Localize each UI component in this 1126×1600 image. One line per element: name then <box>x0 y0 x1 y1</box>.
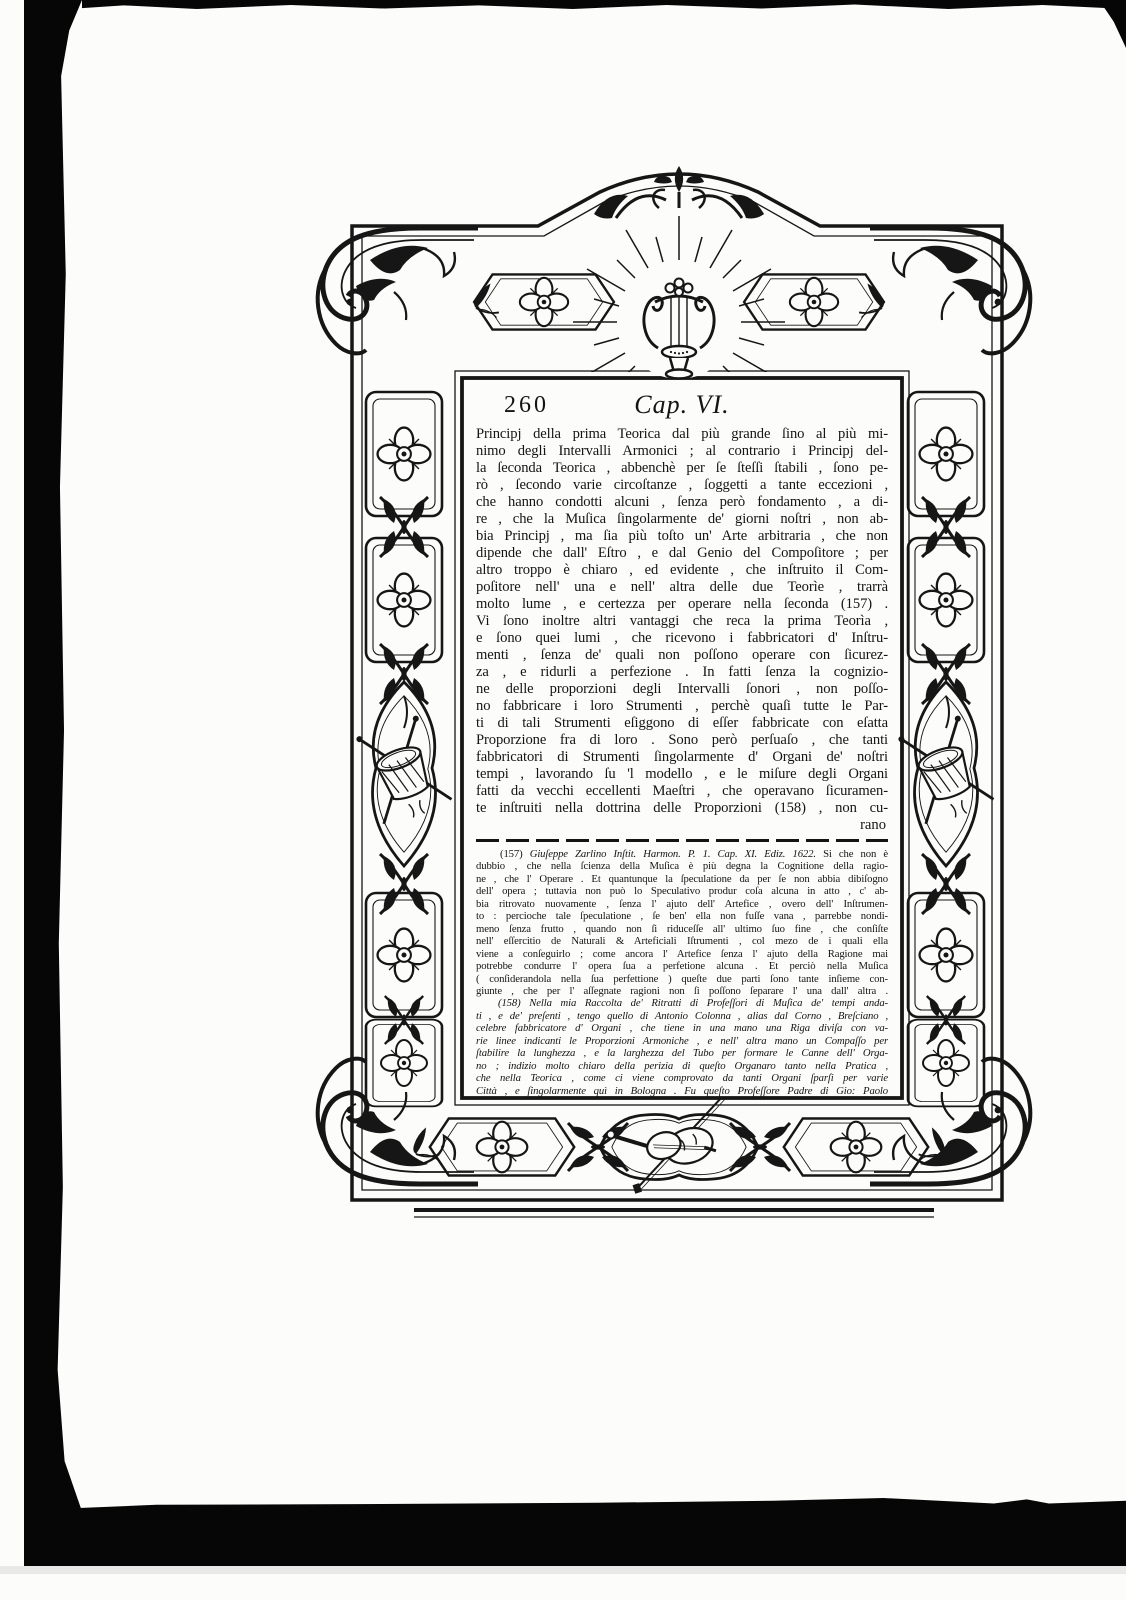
body-text: Principj della prima Teorica dal più gra… <box>476 426 888 817</box>
footnote-separator-rule <box>476 839 888 842</box>
crest-finial <box>594 166 764 219</box>
body-line: te inſtruiti nella dottrina delle Propor… <box>476 800 888 817</box>
body-line: Proporzione fra di loro . Sono però perſ… <box>476 732 888 749</box>
catchword: rano <box>476 817 888 834</box>
body-line: dipende che dall' Eſtro , e dal Genio de… <box>476 545 888 562</box>
book-page-scan: 260 Cap. VI. Principj della prima Teoric… <box>0 0 1126 1600</box>
body-line: ne delle proporzioni degli Intervalli ſo… <box>476 681 888 698</box>
chapter-heading: Cap. VI. <box>476 390 888 420</box>
footnote-158: (158) Nella mia Raccolta de' Ritratti di… <box>476 997 888 1097</box>
footnote-line: bia ritrovato nuovamente , ſenza l' ajut… <box>476 898 888 910</box>
body-line: rò , ſecondo varie circoſtanze , ſoggett… <box>476 477 888 494</box>
body-line: za , e ridurli a perfezione . In fatti ſ… <box>476 664 888 681</box>
footnote-line: dell' opera ; tuttavia non può lo Specul… <box>476 885 888 897</box>
body-line: fabbricatori di Strumenti ſingolarmente … <box>476 749 888 766</box>
footnote-line: nell' eſſercitio de Naturali & Arteficia… <box>476 935 888 947</box>
footnote-line: no ; indizio molto chiaro della perizia … <box>476 1060 888 1072</box>
body-line: nimo degli Intervalli Armonici ; al cont… <box>476 443 888 460</box>
footnote-line: (158) Nella mia Raccolta de' Ritratti di… <box>476 997 888 1009</box>
footnote-line: Città , e ſingolarmente quì in Bologna .… <box>476 1085 888 1097</box>
page-header: 260 Cap. VI. <box>476 390 888 423</box>
right-band-column <box>895 392 995 1106</box>
text-block: 260 Cap. VI. Principj della prima Teoric… <box>462 378 902 1100</box>
footnote-157-first-line: (157) Giuſeppe Zarlino Inſtit. Harmon. P… <box>476 848 888 860</box>
footnote-line: potrebbe condurre l' opera ſua a perfeti… <box>476 960 888 972</box>
body-line: re , che la Muſica ſingolarmente de' gio… <box>476 511 888 528</box>
footnote-line: ( conſiderandola nella ſua perfettione )… <box>476 973 888 985</box>
footnote-line: rie linee indicanti le Proporzioni Armon… <box>476 1035 888 1047</box>
footnote-line: celebre fabbricatore d' Organi , che tie… <box>476 1022 888 1034</box>
footnote-line: ti , e de' preſenti , tengo quello di An… <box>476 1010 888 1022</box>
body-line: molto lume , e certezza per operare nell… <box>476 596 888 613</box>
footnote-line: ſtabilire la lunghezza , e la larghezza … <box>476 1047 888 1059</box>
footnote-line: meno ſenza frutto , quando non ſi riduce… <box>476 923 888 935</box>
corner-scroll-top-right <box>870 228 1030 353</box>
footnote-line: viene a conſeguirlo ; come ancora l' Art… <box>476 948 888 960</box>
body-line: altro troppo è chiaro , ed evidente , ch… <box>476 562 888 579</box>
corner-scroll-top-left <box>318 228 478 353</box>
scan-left-black-margin <box>24 0 82 1522</box>
body-line: che hanno condotti alcuni , ſenza però f… <box>476 494 888 511</box>
footnote-line: ne , che l' Operare . Et quantunque la ſ… <box>476 873 888 885</box>
body-line: no fabbricare i loro Strumenti , perchè … <box>476 698 888 715</box>
body-line: tempi , lavorando ſu 'l modello , e le m… <box>476 766 888 783</box>
body-line: Vi ſono inoltre altri vantaggi che reca … <box>476 613 888 630</box>
footnote-line: to : percioche tale ſpeculatione , ſe be… <box>476 910 888 922</box>
body-line: e ſono quei lumi , che ricevono i fabbri… <box>476 630 888 647</box>
footnote-157-ref: (157) <box>500 848 530 860</box>
body-line: fatti da vecchi eccellenti Maeſtri , che… <box>476 783 888 800</box>
body-line: poſitore nell' una e nell' altra delle d… <box>476 579 888 596</box>
left-band-column <box>353 392 453 1106</box>
footnote-157: (157) Giuſeppe Zarlino Inſtit. Harmon. P… <box>476 848 888 997</box>
body-line: bia Principj , ma ſia più toſto un' Arte… <box>476 528 888 545</box>
footnote-line: che nella Teorica , come ci viene compro… <box>476 1072 888 1084</box>
bottom-band-panels <box>406 1094 951 1197</box>
body-line: la ſeconda Teorica , abbenchè per ſe ſte… <box>476 460 888 477</box>
footnote-157-first-line-rest: Si che non è <box>816 848 888 860</box>
footnote-157-lines: dubbio , che nella ſcienza della Muſica … <box>476 860 888 997</box>
footnote-157-citation: Giuſeppe Zarlino Inſtit. Harmon. P. 1. C… <box>530 848 816 860</box>
footnote-line: giunte , che per l' aſſegnate ragioni no… <box>476 985 888 997</box>
scan-top-right-black-wedge <box>1082 0 1126 48</box>
body-line: menti , ſenza de' quali non poſſono oper… <box>476 647 888 664</box>
scan-top-black-strip <box>82 0 1126 9</box>
body-line: Principj della prima Teorica dal più gra… <box>476 426 888 443</box>
scan-bottom-black-band <box>24 1498 1126 1566</box>
body-line: ti di tali Strumenti eſiggono di eſſer f… <box>476 715 888 732</box>
scan-bottom-gray-strip <box>0 1566 1126 1574</box>
footnote-line: dubbio , che nella ſcienza della Muſica … <box>476 860 888 872</box>
